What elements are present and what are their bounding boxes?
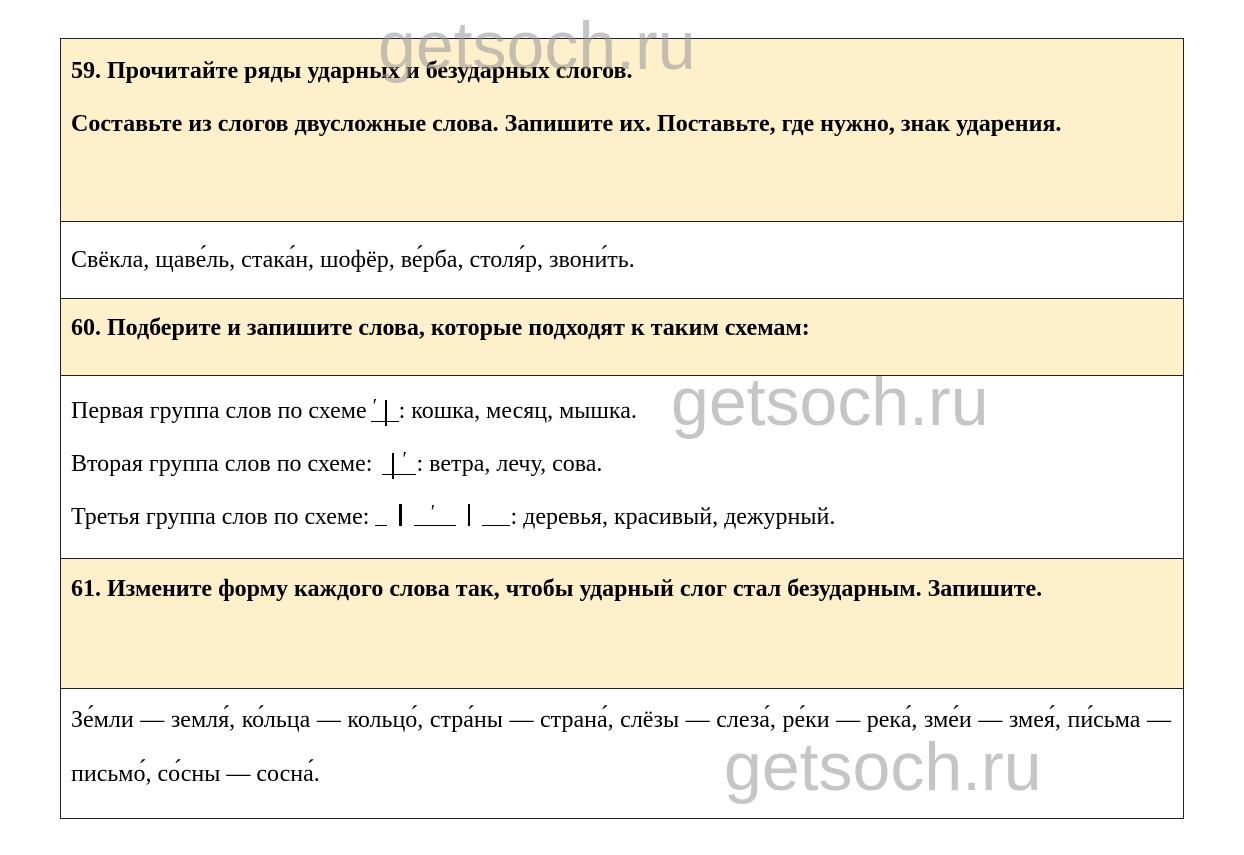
accent-mark: ′: [431, 502, 435, 522]
accent-mark: ′: [373, 396, 377, 416]
task-60-answer: Первая группа слов по схеме′: кошка, мес…: [61, 376, 1183, 559]
task-61-line-1: 61. Изменитe форму каждого слова так, чт…: [71, 563, 1171, 616]
schema-syllable-3: [482, 504, 510, 526]
schema-divider: [468, 504, 471, 526]
task-59-answer: Свёкла, щаве́ль, стака́н, шофёр, ве́рба,…: [61, 222, 1183, 299]
task-61-answer-text: Зе́мли — земля́, ко́льца — кольцо́, стра…: [71, 693, 1171, 801]
group-2-label: Вторая группа слов по схеме:: [71, 451, 372, 477]
schema-stress-first-icon: ′: [371, 396, 399, 422]
schema-syllable-2-stressed: ′: [414, 504, 456, 526]
task-59-prompt: 59. Прочитайте ряды ударных и безударных…: [61, 39, 1183, 222]
task-60-prompt: 60. Подберите и запишите слова, которые …: [61, 299, 1183, 376]
accent-mark: ′: [402, 449, 406, 469]
task-59-answer-text: Свёкла, щаве́ль, стака́н, шофёр, ве́рба,…: [71, 234, 1171, 287]
task-61-prompt: 61. Изменитe форму каждого слова так, чт…: [61, 559, 1183, 689]
schema-stress-second-icon: ′: [382, 449, 416, 475]
task-60-line-1: 60. Подберите и запишите слова, которые …: [71, 302, 1171, 355]
group-2-words: : ветра, лечу, сова.: [416, 451, 602, 477]
group-3-label: Третья группа слов по схеме:: [71, 504, 369, 530]
schema-baseline: [382, 474, 416, 476]
answer-line-group-3: Третья группа слов по схеме: ′: деревья,…: [71, 491, 1171, 544]
schema-syllable-1: [375, 504, 387, 526]
schema-divider: [399, 504, 402, 526]
exercise-table: 59. Прочитайте ряды ударных и безударных…: [60, 38, 1184, 819]
answer-line-group-2: Вторая группа слов по схеме: ′: ветра, л…: [71, 438, 1171, 491]
task-61-answer: Зе́мли — земля́, ко́льца — кольцо́, стра…: [61, 689, 1183, 818]
task-59-line-2: Составьте из слогов двусложные слова. За…: [71, 98, 1171, 151]
group-1-words: : кошка, месяц, мышка.: [399, 398, 637, 424]
schema-divider: [392, 453, 394, 479]
schema-divider: [385, 400, 387, 426]
group-1-label: Первая группа слов по схеме: [71, 398, 367, 424]
answer-line-group-1: Первая группа слов по схеме′: кошка, мес…: [71, 385, 1171, 438]
group-3-words: : деревья, красивый, дежурный.: [510, 504, 835, 530]
task-59-line-1: 59. Прочитайте ряды ударных и безударных…: [71, 45, 1171, 98]
